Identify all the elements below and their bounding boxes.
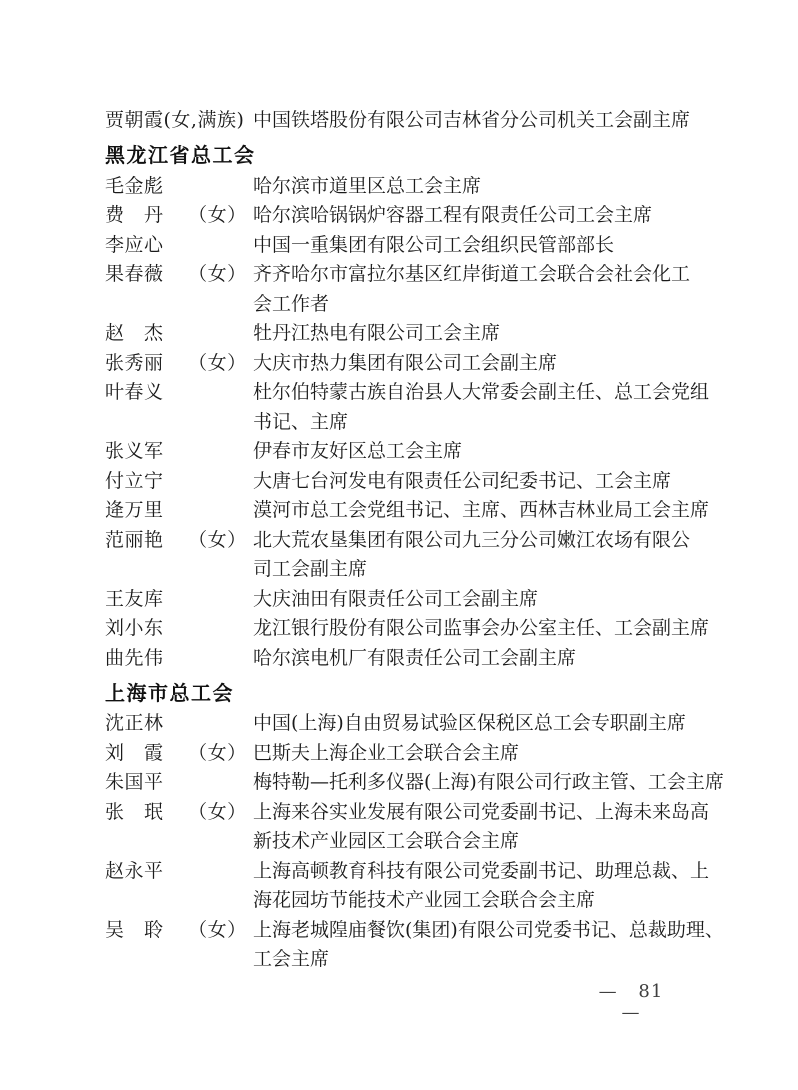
member-name-text: 付立宁 [105, 470, 164, 492]
position-line: 杜尔伯特蒙古族自治县人大常委会副主任、总工会党组 [253, 378, 697, 408]
entry-row: 张 珉 （女） 上海来谷实业发展有限公司党委副书记、上海未来岛高新技术产业园区工… [105, 798, 697, 857]
member-name-text: 沈正林 [105, 712, 164, 734]
member-gender-note: （女） [188, 742, 247, 764]
entry-row: 曲先伟 哈尔滨电机厂有限责任公司工会副主席 [105, 644, 697, 674]
member-name: 刘小东 [105, 614, 253, 644]
entry-row: 范丽艳 （女） 北大荒农垦集团有限公司九三分公司嫩江农场有限公司工会副主席 [105, 526, 697, 585]
entry-row: 王友库 大庆油田有限责任公司工会副主席 [105, 585, 697, 615]
position-line: 哈尔滨哈锅锅炉容器工程有限责任公司工会主席 [253, 201, 697, 231]
position-line: 哈尔滨电机厂有限责任公司工会副主席 [253, 644, 697, 674]
member-position: 中国一重集团有限公司工会组织民管部部长 [253, 231, 697, 261]
member-position: 哈尔滨市道里区总工会主席 [253, 172, 697, 202]
member-name-text: 叶春义 [105, 381, 164, 403]
position-line: 龙江银行股份有限公司监事会办公室主任、工会副主席 [253, 614, 697, 644]
member-name-text: 李应心 [105, 234, 164, 256]
entry-row: 张秀丽 （女） 大庆市热力集团有限公司工会副主席 [105, 349, 697, 379]
roster-list: 贾朝霞(女,满族) 中国铁塔股份有限公司吉林省分公司机关工会副主席 黑龙江省总工… [105, 106, 697, 975]
member-gender-note: （女） [188, 204, 247, 226]
member-name-text: 刘小东 [105, 617, 164, 639]
member-name: 贾朝霞(女,满族) [105, 106, 253, 136]
position-line: 齐齐哈尔市富拉尔基区红岸街道工会联合会社会化工 [253, 260, 697, 290]
member-name-text: 范丽艳 [105, 529, 164, 551]
member-name-text: 赵永平 [105, 860, 164, 882]
position-line: 中国(上海)自由贸易试验区保税区总工会专职副主席 [253, 709, 697, 739]
member-name: 李应心 [105, 231, 253, 261]
position-line: 上海高顿教育科技有限公司党委副书记、助理总裁、上 [253, 857, 697, 887]
member-name: 逄万里 [105, 496, 253, 526]
position-line: 漠河市总工会党组书记、主席、西林吉林业局工会主席 [253, 496, 697, 526]
member-position: 中国铁塔股份有限公司吉林省分公司机关工会副主席 [253, 106, 697, 136]
position-line: 新技术产业园区工会联合会主席 [253, 827, 697, 857]
position-line: 上海来谷实业发展有限公司党委副书记、上海未来岛高 [253, 798, 697, 828]
member-position: 大唐七台河发电有限责任公司纪委书记、工会主席 [253, 467, 697, 497]
member-name-text: 果春薇 [105, 263, 164, 285]
member-name: 张义军 [105, 437, 253, 467]
position-line: 海花园坊节能技术产业园工会联合会主席 [253, 886, 697, 916]
member-gender-note: （女） [188, 919, 247, 941]
member-position: 大庆市热力集团有限公司工会副主席 [253, 349, 697, 379]
member-position: 齐齐哈尔市富拉尔基区红岸街道工会联合会社会化工会工作者 [253, 260, 697, 319]
position-line: 北大荒农垦集团有限公司九三分公司嫩江农场有限公 [253, 526, 697, 556]
member-name: 张秀丽 （女） [105, 349, 253, 379]
position-line: 会工作者 [253, 290, 697, 320]
position-line: 上海老城隍庙餐饮(集团)有限公司党委书记、总裁助理、 [253, 916, 697, 946]
member-name: 沈正林 [105, 709, 253, 739]
member-position: 杜尔伯特蒙古族自治县人大常委会副主任、总工会党组书记、主席 [253, 378, 697, 437]
member-name: 赵永平 [105, 857, 253, 887]
entry-row: 赵永平 上海高顿教育科技有限公司党委副书记、助理总裁、上海花园坊节能技术产业园工… [105, 857, 697, 916]
member-name: 王友库 [105, 585, 253, 615]
position-line: 书记、主席 [253, 408, 697, 438]
section-heading: 上海市总工会 [105, 673, 697, 709]
member-gender-note: （女） [188, 801, 247, 823]
entry-row: 付立宁 大唐七台河发电有限责任公司纪委书记、工会主席 [105, 467, 697, 497]
member-name: 吴 聆 （女） [105, 916, 253, 946]
member-name-text: 朱国平 [105, 771, 164, 793]
entry-row: 费 丹 （女） 哈尔滨哈锅锅炉容器工程有限责任公司工会主席 [105, 201, 697, 231]
member-gender-note: （女） [188, 352, 247, 374]
member-name-text: 张 珉 [105, 801, 164, 823]
member-position: 龙江银行股份有限公司监事会办公室主任、工会副主席 [253, 614, 697, 644]
position-line: 中国铁塔股份有限公司吉林省分公司机关工会副主席 [253, 106, 697, 136]
member-name: 毛金彪 [105, 172, 253, 202]
entry-row: 赵 杰 牡丹江热电有限公司工会主席 [105, 319, 697, 349]
position-line: 大唐七台河发电有限责任公司纪委书记、工会主席 [253, 467, 697, 497]
document-page: 贾朝霞(女,满族) 中国铁塔股份有限公司吉林省分公司机关工会副主席 黑龙江省总工… [0, 0, 798, 1090]
position-line: 大庆油田有限责任公司工会副主席 [253, 585, 697, 615]
entry-row: 沈正林 中国(上海)自由贸易试验区保税区总工会专职副主席 [105, 709, 697, 739]
member-position: 北大荒农垦集团有限公司九三分公司嫩江农场有限公司工会副主席 [253, 526, 697, 585]
member-name: 叶春义 [105, 378, 253, 408]
member-name: 费 丹 （女） [105, 201, 253, 231]
entry-row: 李应心 中国一重集团有限公司工会组织民管部部长 [105, 231, 697, 261]
member-position: 哈尔滨哈锅锅炉容器工程有限责任公司工会主席 [253, 201, 697, 231]
position-line: 梅特勒—托利多仪器(上海)有限公司行政主管、工会主席 [253, 768, 697, 798]
member-name: 朱国平 [105, 768, 253, 798]
member-position: 牡丹江热电有限公司工会主席 [253, 319, 697, 349]
member-position: 巴斯夫上海企业工会联合会主席 [253, 739, 697, 769]
position-line: 工会主席 [253, 945, 697, 975]
member-name-text: 毛金彪 [105, 175, 164, 197]
member-name-text: 逄万里 [105, 499, 164, 521]
member-name-text: 王友库 [105, 588, 164, 610]
member-position: 中国(上海)自由贸易试验区保税区总工会专职副主席 [253, 709, 697, 739]
member-position: 上海高顿教育科技有限公司党委副书记、助理总裁、上海花园坊节能技术产业园工会联合会… [253, 857, 697, 916]
member-name: 张 珉 （女） [105, 798, 253, 828]
member-position: 漠河市总工会党组书记、主席、西林吉林业局工会主席 [253, 496, 697, 526]
section-heading: 黑龙江省总工会 [105, 136, 697, 172]
member-name-text: 张义军 [105, 440, 164, 462]
member-name: 赵 杰 [105, 319, 253, 349]
entry-row: 刘 霞 （女） 巴斯夫上海企业工会联合会主席 [105, 739, 697, 769]
member-name: 果春薇 （女） [105, 260, 253, 290]
member-position: 上海来谷实业发展有限公司党委副书记、上海未来岛高新技术产业园区工会联合会主席 [253, 798, 697, 857]
page-number: — 81 — [586, 981, 676, 1023]
member-name-text: 刘 霞 [105, 742, 164, 764]
entry-row: 叶春义 杜尔伯特蒙古族自治县人大常委会副主任、总工会党组书记、主席 [105, 378, 697, 437]
entry-row: 张义军 伊春市友好区总工会主席 [105, 437, 697, 467]
member-name-text: 赵 杰 [105, 322, 164, 344]
entry-row: 毛金彪 哈尔滨市道里区总工会主席 [105, 172, 697, 202]
member-name-text: 费 丹 [105, 204, 164, 226]
position-line: 牡丹江热电有限公司工会主席 [253, 319, 697, 349]
entry-row: 刘小东 龙江银行股份有限公司监事会办公室主任、工会副主席 [105, 614, 697, 644]
entry-row: 果春薇 （女） 齐齐哈尔市富拉尔基区红岸街道工会联合会社会化工会工作者 [105, 260, 697, 319]
member-name: 付立宁 [105, 467, 253, 497]
position-line: 伊春市友好区总工会主席 [253, 437, 697, 467]
member-gender-note: （女） [188, 529, 247, 551]
position-line: 大庆市热力集团有限公司工会副主席 [253, 349, 697, 379]
member-name-text: 张秀丽 [105, 352, 164, 374]
position-line: 哈尔滨市道里区总工会主席 [253, 172, 697, 202]
member-name-text: 曲先伟 [105, 647, 164, 669]
member-position: 梅特勒—托利多仪器(上海)有限公司行政主管、工会主席 [253, 768, 697, 798]
member-name-text: 贾朝霞(女,满族) [105, 109, 244, 131]
member-position: 上海老城隍庙餐饮(集团)有限公司党委书记、总裁助理、工会主席 [253, 916, 697, 975]
member-gender-note: （女） [188, 263, 247, 285]
entry-row: 吴 聆 （女） 上海老城隍庙餐饮(集团)有限公司党委书记、总裁助理、工会主席 [105, 916, 697, 975]
member-name-text: 吴 聆 [105, 919, 164, 941]
position-line: 中国一重集团有限公司工会组织民管部部长 [253, 231, 697, 261]
entry-row: 逄万里 漠河市总工会党组书记、主席、西林吉林业局工会主席 [105, 496, 697, 526]
member-name: 刘 霞 （女） [105, 739, 253, 769]
member-position: 大庆油田有限责任公司工会副主席 [253, 585, 697, 615]
member-position: 伊春市友好区总工会主席 [253, 437, 697, 467]
member-name: 曲先伟 [105, 644, 253, 674]
position-line: 司工会副主席 [253, 555, 697, 585]
entry-row: 朱国平 梅特勒—托利多仪器(上海)有限公司行政主管、工会主席 [105, 768, 697, 798]
member-position: 哈尔滨电机厂有限责任公司工会副主席 [253, 644, 697, 674]
position-line: 巴斯夫上海企业工会联合会主席 [253, 739, 697, 769]
entry-row: 贾朝霞(女,满族) 中国铁塔股份有限公司吉林省分公司机关工会副主席 [105, 106, 697, 136]
member-name: 范丽艳 （女） [105, 526, 253, 556]
